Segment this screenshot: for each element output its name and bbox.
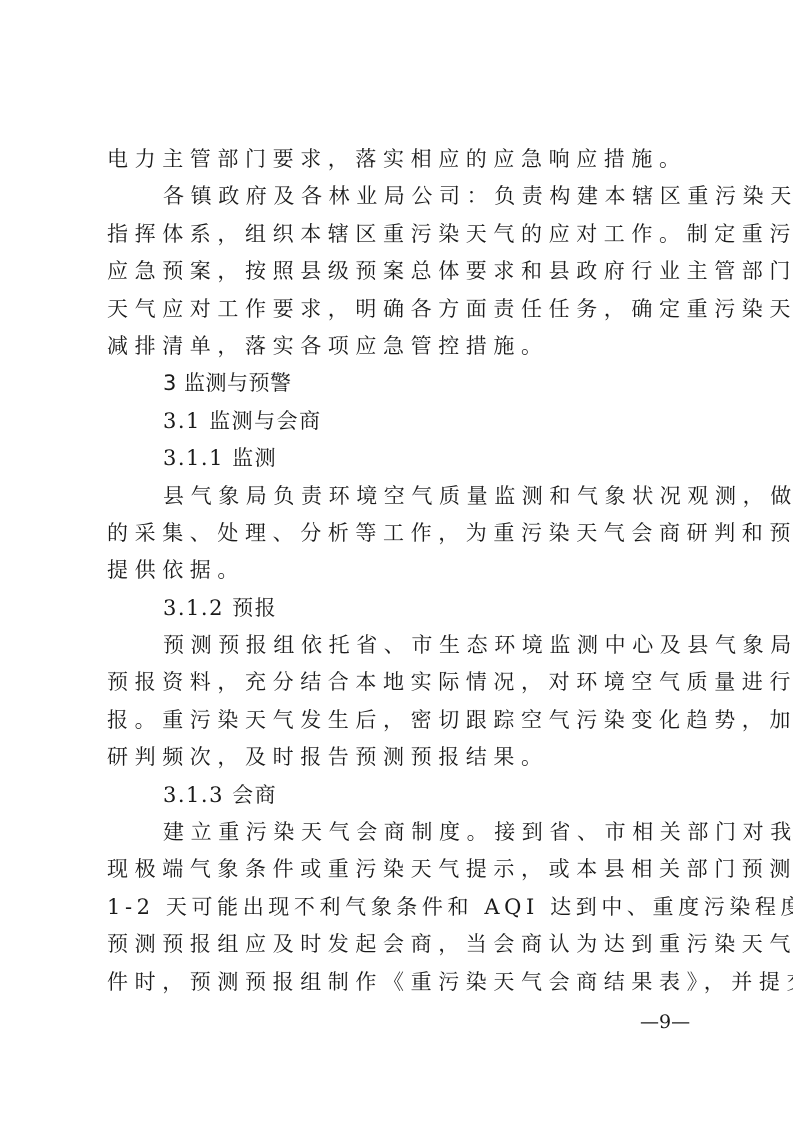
body-line: 预测预报组依托省、市生态环境监测中心及县气象局发布的	[107, 627, 695, 664]
section-heading: 3 监测与预警	[107, 365, 695, 402]
body-line: 各镇政府及各林业局公司：负责构建本辖区重污染天气应急	[107, 178, 695, 215]
body-line: 指挥体系，组织本辖区重污染天气的应对工作。制定重污染天气	[107, 216, 695, 253]
body-line: 天气应对工作要求，明确各方面责任任务，确定重污染天气应急	[107, 291, 695, 328]
body-line: 预测预报组应及时发起会商，当会商认为达到重污染天气预警条	[107, 926, 695, 963]
body-line: 预报资料，充分结合本地实际情况，对环境空气质量进行预测预	[107, 664, 695, 701]
body-line: 建立重污染天气会商制度。接到省、市相关部门对我县将出	[107, 814, 695, 851]
body-line: 的采集、处理、分析等工作，为重污染天气会商研判和预警发布	[107, 515, 695, 552]
body-line: 提供依据。	[107, 552, 695, 589]
body-line: 电力主管部门要求，落实相应的应急响应措施。	[107, 141, 695, 178]
body-line: 研判频次，及时报告预测预报结果。	[107, 739, 695, 776]
body-line: 现极端气象条件或重污染天气提示，或本县相关部门预测未来	[107, 851, 695, 888]
body-line: 应急预案，按照县级预案总体要求和县政府行业主管部门重污染	[107, 253, 695, 290]
page-number: —9—	[640, 1011, 690, 1033]
body-line: 报。重污染天气发生后，密切跟踪空气污染变化趋势，加密分析	[107, 702, 695, 739]
body-line: 县气象局负责环境空气质量监测和气象状况观测，做好数据	[107, 478, 695, 515]
subsubsection-heading: 3.1.1 监测	[107, 440, 695, 477]
subsection-heading: 3.1 监测与会商	[107, 403, 695, 440]
subsubsection-heading: 3.1.2 预报	[107, 590, 695, 627]
body-line: 件时，预测预报组制作《重污染天气会商结果表》，并提交至县	[107, 964, 695, 1001]
body-line: 1-2 天可能出现不利气象条件和 AQI 达到中、重度污染程度时，	[107, 889, 695, 926]
subsubsection-heading: 3.1.3 会商	[107, 777, 695, 814]
document-page: 电力主管部门要求，落实相应的应急响应措施。 各镇政府及各林业局公司：负责构建本辖…	[107, 141, 695, 1001]
body-line: 减排清单，落实各项应急管控措施。	[107, 328, 695, 365]
